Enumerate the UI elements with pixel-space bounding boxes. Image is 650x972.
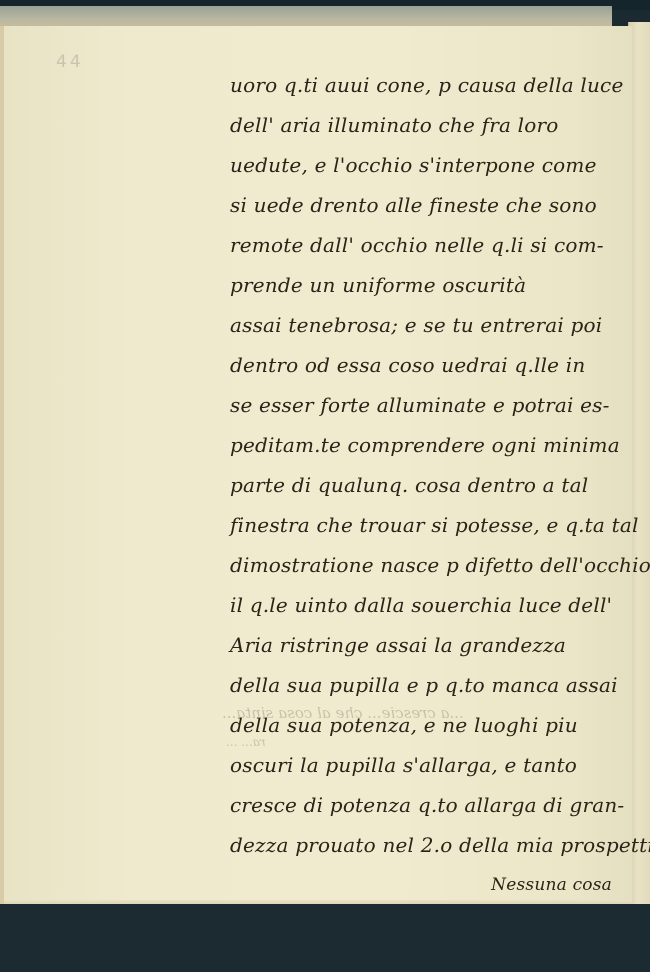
page-number: 44 xyxy=(56,52,84,72)
text-line: dentro od essa coso uedrai q.lle in xyxy=(230,348,630,388)
text-line: remote dall' occhio nelle q.li si com- xyxy=(230,228,630,268)
text-line: cresce di potenza q.to allarga di gran- xyxy=(230,788,630,828)
text-line: se esser forte alluminate e potrai es- xyxy=(230,388,630,428)
text-line: della sua pupilla e p q.to manca assai xyxy=(230,668,630,708)
text-line: uoro q.ti auui cone, p causa della luce xyxy=(230,68,630,108)
catchword: Nessuna cosa xyxy=(230,868,630,902)
text-line: si uede drento alle fineste che sono xyxy=(230,188,630,228)
text-line: Aria ristringe assai la grandezza xyxy=(230,628,630,668)
text-line: uedute, e l'occhio s'interpone come xyxy=(230,148,630,188)
text-line: il q.le uinto dalla souerchia luce dell' xyxy=(230,588,630,628)
text-line: oscuri la pupilla s'allarga, e tanto xyxy=(230,748,630,788)
bleed-through-text: ...a crescie... che al cosa sinta... xyxy=(222,704,464,722)
text-line: parte di qualunq. cosa dentro a tal xyxy=(230,468,630,508)
scan-background-bottom xyxy=(0,904,650,972)
text-line: prende un uniforme oscurità xyxy=(230,268,630,308)
text-line: dell' aria illuminato che fra loro xyxy=(230,108,630,148)
manuscript-text: uoro q.ti auui cone, p causa della luce … xyxy=(230,68,630,902)
text-line: peditam.te comprendere ogni minima xyxy=(230,428,630,468)
text-line: dezza prouato nel 2.o della mia prospett… xyxy=(230,828,630,868)
text-line: dimostratione nasce p difetto dell'occhi… xyxy=(230,548,630,588)
bleed-through-text: ra... ... xyxy=(226,735,266,749)
text-line: finestra che trouar si potesse, e q.ta t… xyxy=(230,508,630,548)
text-line: assai tenebrosa; e se tu entrerai poi xyxy=(230,308,630,348)
